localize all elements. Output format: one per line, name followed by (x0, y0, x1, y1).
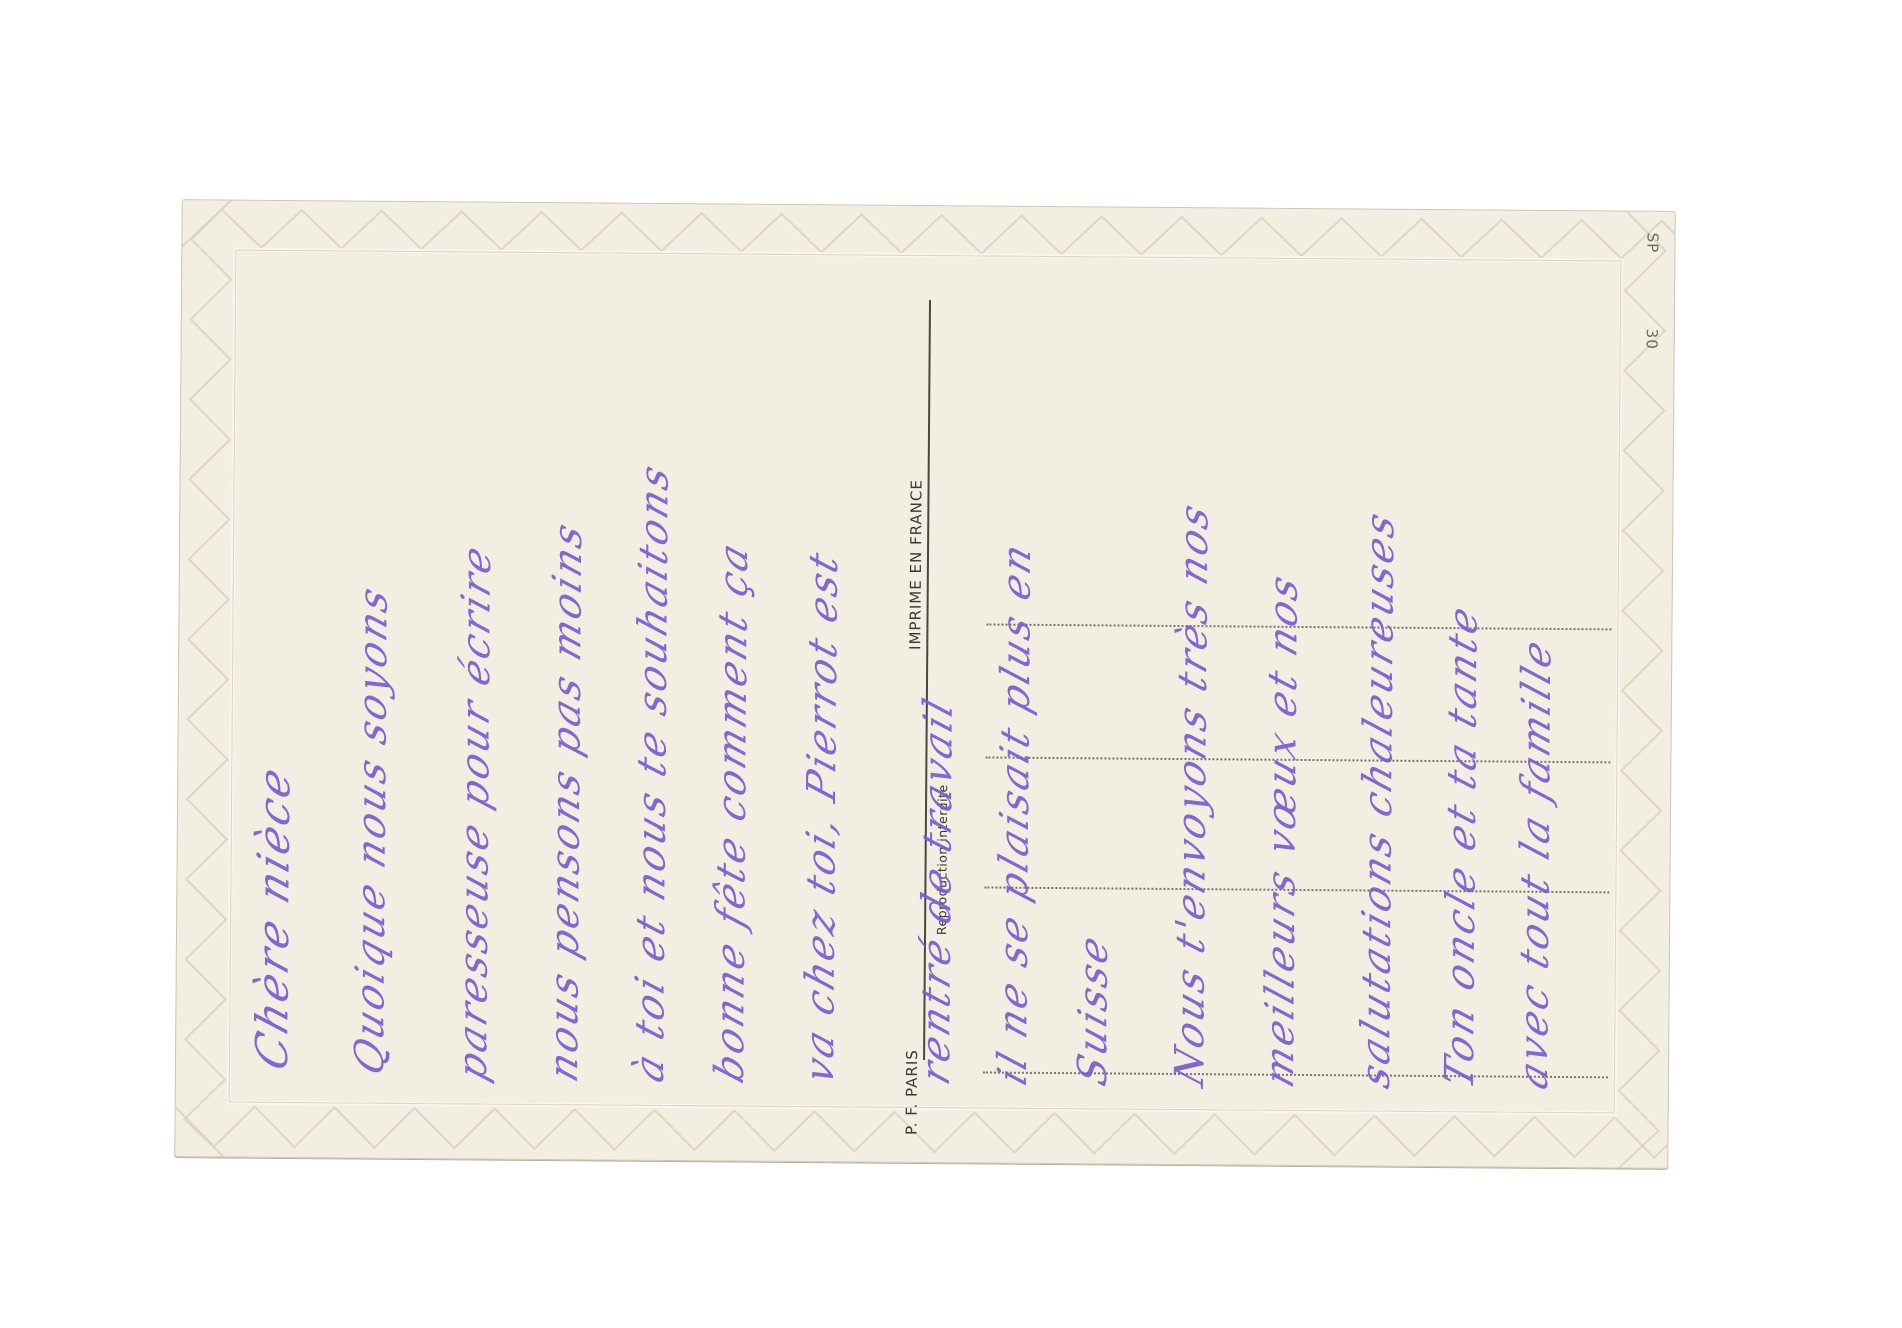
printed-imprime-en-france: IMPRIME EN FRANCE (906, 479, 925, 650)
handwriting-line-6: bonne fête comment ça (707, 535, 757, 1089)
handwriting-line-9: il ne se plaisait plus en (990, 535, 1040, 1090)
handwriting-line-4: nous pensons pas moins (541, 515, 591, 1088)
handwriting-line-12: meilleurs vœux et nos (1257, 567, 1307, 1093)
handwriting-line-11: Nous t'envoyons très nos (1167, 495, 1217, 1092)
handwriting-line-7: va chez toi, Pierrot est (797, 544, 847, 1089)
handwriting-line-5: à toi et nous te souhaitons (627, 456, 678, 1088)
handwriting-line-1: Chère nièce (247, 758, 300, 1076)
handwriting-line-3: paresseuse pour écrire (450, 538, 500, 1087)
postcard: SP 30 IMPRIME EN FRANCE Reproduction int… (174, 199, 1675, 1169)
pencil-mark-30: 30 (1643, 329, 1661, 350)
embossed-border-right (1614, 210, 1676, 1168)
pencil-mark-sp: SP (1643, 233, 1661, 254)
handwriting-line-13: salutations chaleureuses (1353, 504, 1403, 1094)
handwriting-line-2: Quoique nous soyons (347, 579, 397, 1081)
embossed-border-bottom (174, 1102, 1668, 1169)
handwriting-line-10: Suisse (1070, 927, 1117, 1091)
handwriting-line-15: avec tout la famille (1511, 632, 1560, 1095)
handwriting-line-8: rentré de travail (913, 691, 962, 1090)
handwriting-line-14: Ton oncle et ta tante (1437, 598, 1487, 1094)
embossed-border-left (174, 199, 236, 1157)
